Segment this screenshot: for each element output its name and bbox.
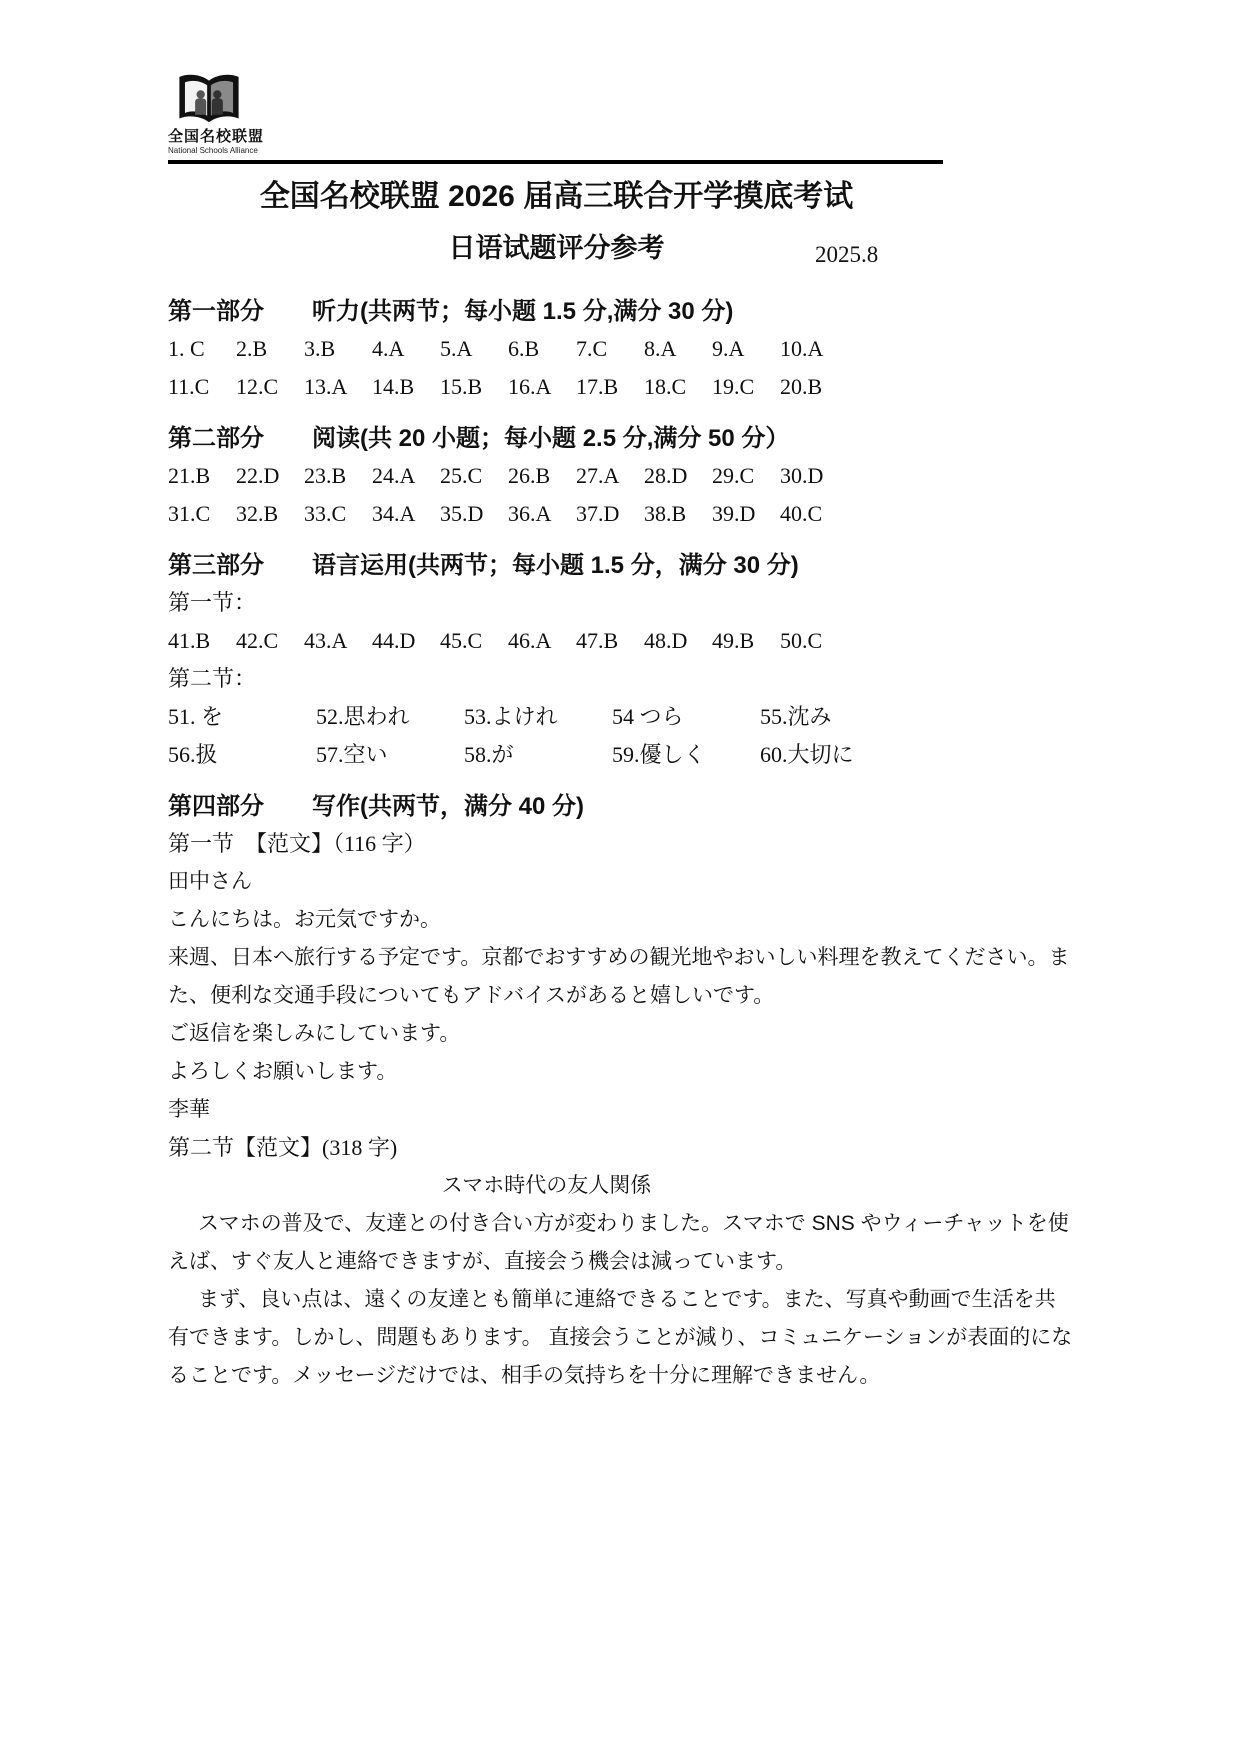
answer-item: 5.A [440,330,508,368]
letter-signature: 李華 [168,1091,1075,1129]
answer-item: 26.B [508,457,576,495]
answer-item: 22.D [236,457,304,495]
answer-item: 38.B [644,495,712,533]
answer-item: 25.C [440,457,508,495]
answer-item: 12.C [236,368,304,406]
answer-item: 53.よけれ [464,698,612,736]
answers-row-56-60: 56.扱57.空い58.が59.優しく60.大切に [168,736,1075,774]
answers-row-21-30: 21.B22.D23.B24.A25.C26.B27.A28.D29.C30.D [168,457,1075,495]
org-name-cn: 全国名校联盟 [168,128,278,146]
answer-item: 58.が [464,736,612,774]
document-title: 全国名校联盟 2026 届高三联合开学摸底考试 [168,176,1075,218]
part2-heading: 第二部分 阅读(共 20 小题；每小题 2.5 分,满分 50 分） [168,421,1075,457]
answer-item: 54 つら [612,698,760,736]
answer-item: 33.C [304,495,372,533]
open-book-icon [172,72,246,128]
essay-body: スマホの普及で、友達との付き合い方が変わりました。スマホで SNS やウィーチャ… [168,1205,1075,1395]
essay-paragraph: まず、良い点は、遠くの友達とも簡単に連絡できることです。また、写真や動画で生活を… [168,1281,1075,1395]
essay-title: スマホ時代の友人関係 [168,1167,1075,1205]
answer-item: 23.B [304,457,372,495]
answer-item: 39.D [712,495,780,533]
answer-item: 15.B [440,368,508,406]
answer-item: 35.D [440,495,508,533]
answer-item: 11.C [168,368,236,406]
letter-body: こんにちは。お元気ですか。来週、日本へ旅行する予定です。京都でおすすめの観光地や… [168,901,1075,1091]
answer-item: 36.A [508,495,576,533]
answer-item: 37.D [576,495,644,533]
answers-row-51-55: 51. を52.思われ53.よけれ54 つら55.沈み [168,698,1075,736]
letter-line: よろしくお願いします。 [168,1053,1075,1091]
letter-line: こんにちは。お元気ですか。 [168,901,1075,939]
essay-paragraph: スマホの普及で、友達との付き合い方が変わりました。スマホで SNS やウィーチャ… [168,1205,1075,1281]
letter-line: 来週、日本へ旅行する予定です。京都でおすすめの観光地やおいしい料理を教えてくださ… [168,939,1075,1015]
answer-item: 6.B [508,330,576,368]
answer-item: 45.C [440,622,508,660]
answer-item: 57.空い [316,736,464,774]
answer-item: 48.D [644,622,712,660]
header-divider [168,160,943,164]
answer-item: 2.B [236,330,304,368]
answer-item: 59.優しく [612,736,760,774]
document-date: 2025.8 [815,235,878,275]
part3-section2-label: 第二节： [168,660,1075,698]
answer-item: 60.大切に [760,736,908,774]
answer-item: 24.A [372,457,440,495]
letter-salutation: 田中さん [168,863,1075,901]
answer-item: 29.C [712,457,780,495]
answer-item: 18.C [644,368,712,406]
answer-item: 47.B [576,622,644,660]
answer-item: 1. C [168,330,236,368]
answer-item: 19.C [712,368,780,406]
answer-item: 32.B [236,495,304,533]
answer-item: 44.D [372,622,440,660]
answer-item: 52.思われ [316,698,464,736]
answer-item: 20.B [780,368,848,406]
answer-item: 51. を [168,698,316,736]
answer-item: 7.C [576,330,644,368]
answer-item: 27.A [576,457,644,495]
letter-line: ご返信を楽しみにしています。 [168,1015,1075,1053]
answer-item: 21.B [168,457,236,495]
answer-item: 46.A [508,622,576,660]
answer-item: 4.A [372,330,440,368]
answer-item: 16.A [508,368,576,406]
answer-item: 56.扱 [168,736,316,774]
org-name-en: National Schools Alliance [168,146,278,156]
answer-item: 41.B [168,622,236,660]
answer-item: 55.沈み [760,698,908,736]
part4-section2-label: 第二节【范文】(318 字) [168,1129,1075,1167]
answer-item: 43.A [304,622,372,660]
document-content: 全国名校联盟 National Schools Alliance 全国名校联盟 … [168,0,1075,1395]
answer-item: 8.A [644,330,712,368]
part4-section1-label: 第一节 【范文】（116 字） [168,825,1075,863]
document-subtitle: 日语试题评分参考 [449,233,665,263]
answer-item: 10.A [780,330,848,368]
answer-item: 13.A [304,368,372,406]
part3-heading: 第三部分 语言运用(共两节；每小题 1.5 分，满分 30 分) [168,548,1075,584]
answers-row-41-50: 41.B42.C43.A44.D45.C46.A47.B48.D49.B50.C [168,622,1075,660]
answers-row-11-20: 11.C12.C13.A14.B15.B16.A17.B18.C19.C20.B [168,368,1075,406]
document-subtitle-row: 日语试题评分参考 2025.8 [168,228,1075,268]
answer-item: 34.A [372,495,440,533]
answer-item: 28.D [644,457,712,495]
answer-item: 50.C [780,622,848,660]
answer-item: 17.B [576,368,644,406]
part3-section1-label: 第一节： [168,584,1075,622]
answer-item: 30.D [780,457,848,495]
answer-item: 40.C [780,495,848,533]
answer-item: 14.B [372,368,440,406]
answer-item: 31.C [168,495,236,533]
answer-item: 42.C [236,622,304,660]
answer-item: 9.A [712,330,780,368]
answer-item: 3.B [304,330,372,368]
part1-heading: 第一部分 听力(共两节；每小题 1.5 分,满分 30 分) [168,294,1075,330]
org-logo: 全国名校联盟 National Schools Alliance [168,0,278,156]
answers-row-31-40: 31.C32.B33.C34.A35.D36.A37.D38.B39.D40.C [168,495,1075,533]
document-page: 全国名校联盟 National Schools Alliance 全国名校联盟 … [0,0,1241,1754]
answers-row-1-10: 1. C2.B3.B4.A5.A6.B7.C8.A9.A10.A [168,330,1075,368]
answer-item: 49.B [712,622,780,660]
part4-heading: 第四部分 写作(共两节，满分 40 分) [168,789,1075,825]
